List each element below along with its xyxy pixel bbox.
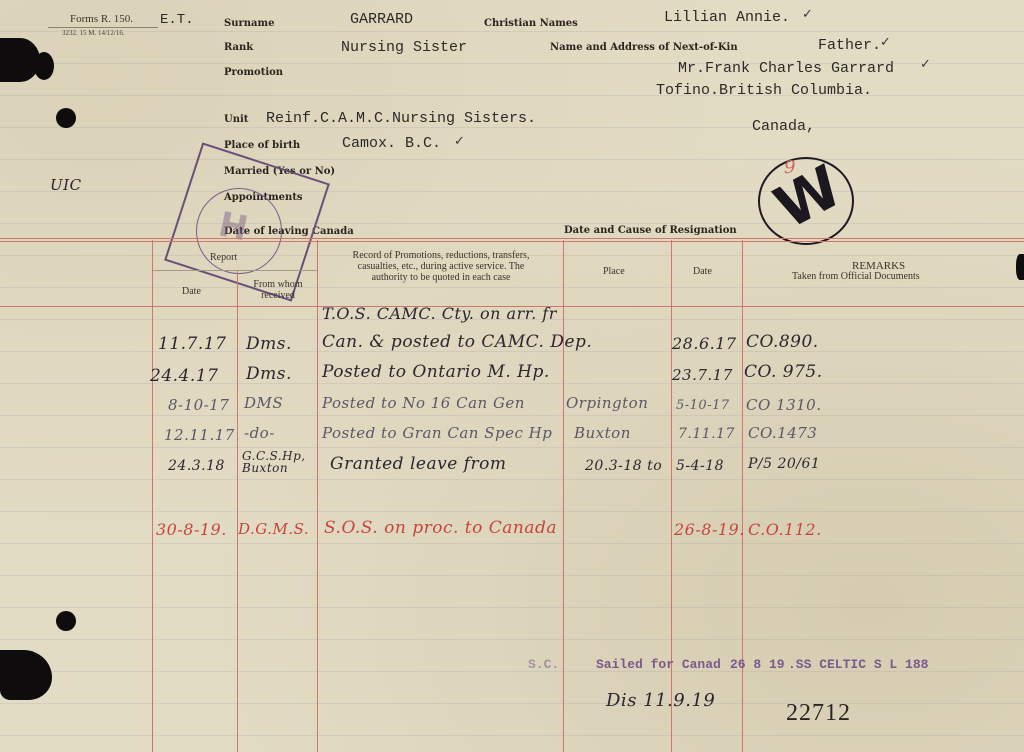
place-of-birth-label: Place of birth <box>224 140 300 151</box>
row-place: Orpington <box>566 394 648 412</box>
row-record: Can. & posted to CAMC. Dep. <box>322 332 592 352</box>
w-stamp: W 9 <box>758 157 854 245</box>
table-top-rule <box>0 238 1024 239</box>
check-mark: ✓ <box>454 133 465 149</box>
row-remarks: P/5 20/61 <box>748 456 820 472</box>
footer-handwritten-note: Dis 11.9.19 <box>606 690 715 711</box>
next-of-kin-address-1: Tofino.British Columbia. <box>656 82 872 99</box>
form-number: Forms R. 150. <box>70 13 133 25</box>
surname-value: GARRARD <box>350 11 413 28</box>
w-stamp-letter: W <box>764 152 852 242</box>
next-of-kin-name: Mr.Frank Charles Garrard <box>678 60 894 77</box>
row-date: 8-10-17 <box>168 396 229 414</box>
punch-hole <box>56 108 76 128</box>
ink-blob-top-tail <box>34 52 54 80</box>
col-rule <box>563 240 564 752</box>
christian-names-label: Christian Names <box>484 18 578 29</box>
form-divider <box>48 27 158 28</box>
next-of-kin-address-2: Canada, <box>752 118 815 135</box>
col-rule <box>671 240 672 752</box>
row-from: G.C.S.Hp, Buxton <box>242 450 316 474</box>
header-from-whom: From whom received <box>238 279 318 301</box>
row-place: Buxton <box>574 424 631 442</box>
row-date: 30-8-19. <box>156 520 227 539</box>
row-place-date: 5-4-18 <box>676 458 724 474</box>
col-rule <box>742 240 743 752</box>
row-from: Dms. <box>246 334 292 354</box>
unit-value: Reinf.C.A.M.C.Nursing Sisters. <box>266 110 536 127</box>
row-from: D.G.M.S. <box>238 520 309 538</box>
row-record: Posted to Ontario M. Hp. <box>322 362 550 382</box>
christian-names-value: Lillian Annie. <box>664 9 790 26</box>
row-date: 11.7.17 <box>158 334 226 354</box>
col-rule <box>237 270 238 752</box>
row-remarks: CO. 975. <box>744 362 823 382</box>
header-remarks-sub: Taken from Official Documents <box>792 271 920 282</box>
header-place: Place <box>603 266 625 277</box>
w-stamp-number: 9 <box>784 157 795 178</box>
footer-stamp-date: 26 8 19 <box>730 657 785 672</box>
row-date: 24.3.18 <box>168 458 225 474</box>
place-of-birth-value: Camox. B.C. <box>342 135 441 152</box>
header-date: Date <box>182 286 201 297</box>
row-date: 12.11.17 <box>164 426 235 444</box>
check-mark: ✓ <box>920 56 931 72</box>
row-place-date: 26-8-19. <box>674 520 745 539</box>
footer-stamp-sailed: Sailed for Canad <box>596 657 721 672</box>
resignation-label: Date and Cause of Resignation <box>564 225 737 236</box>
margin-note: UIC <box>50 176 82 194</box>
next-of-kin-label: Name and Address of Next-of-Kin <box>550 42 738 53</box>
circular-stamp: H <box>196 188 282 274</box>
form-code: E.T. <box>160 12 194 28</box>
stamp-initials: H <box>215 204 251 249</box>
row-record: Posted to Gran Can Spec Hp <box>322 424 552 442</box>
punch-hole <box>56 611 76 631</box>
next-of-kin-relation: Father. <box>818 37 881 54</box>
form-print-info: 3232. 15 M. 14/12/16. <box>62 29 125 37</box>
check-mark: ✓ <box>802 6 813 22</box>
promotion-label: Promotion <box>224 67 283 78</box>
ink-blob-bottom <box>0 650 52 700</box>
row-place-date: 23.7.17 <box>672 366 733 384</box>
row-remarks: CO.890. <box>746 332 819 352</box>
unit-label: Unit <box>224 114 248 125</box>
row-remarks: CO 1310. <box>746 396 821 414</box>
header-subdivider <box>152 270 318 271</box>
rank-label: Rank <box>224 42 253 53</box>
surname-label: Surname <box>224 18 274 29</box>
file-number: 22712 <box>786 700 851 727</box>
row-record: S.O.S. on proc. to Canada <box>324 518 557 538</box>
row-place-date: 28.6.17 <box>672 334 737 353</box>
header-report: Report <box>210 252 237 263</box>
table-top-rule-2 <box>0 241 1024 242</box>
service-record-card: Forms R. 150. 3232. 15 M. 14/12/16. E.T.… <box>0 0 1024 752</box>
col-rule <box>317 240 318 752</box>
footer-stamp-ship: .SS CELTIC S L 188 <box>788 657 928 672</box>
row-place: 20.3-18 to <box>585 458 662 474</box>
row-place-date: 7.11.17 <box>678 426 735 442</box>
rank-value: Nursing Sister <box>341 39 467 56</box>
row-record: Posted to No 16 Can Gen <box>322 394 525 412</box>
row-remarks: C.O.112. <box>748 520 822 539</box>
header-record: Record of Promotions, reductions, transf… <box>344 250 538 283</box>
edge-mark <box>1016 254 1024 280</box>
row-date: 24.4.17 <box>150 366 218 386</box>
row-place-date: 5-10-17 <box>676 398 730 413</box>
row-from: DMS <box>244 394 283 412</box>
row-from: Dms. <box>246 364 292 384</box>
row-record: T.O.S. CAMC. Cty. on arr. fr <box>322 304 557 323</box>
header-date-2: Date <box>693 266 712 277</box>
col-rule <box>152 240 153 752</box>
footer-stamp-prefix: S.C. <box>528 657 559 672</box>
row-from: -do- <box>244 424 275 442</box>
check-mark: ✓ <box>880 34 891 50</box>
row-record: Granted leave from <box>330 454 506 474</box>
row-remarks: CO.1473 <box>748 424 817 442</box>
